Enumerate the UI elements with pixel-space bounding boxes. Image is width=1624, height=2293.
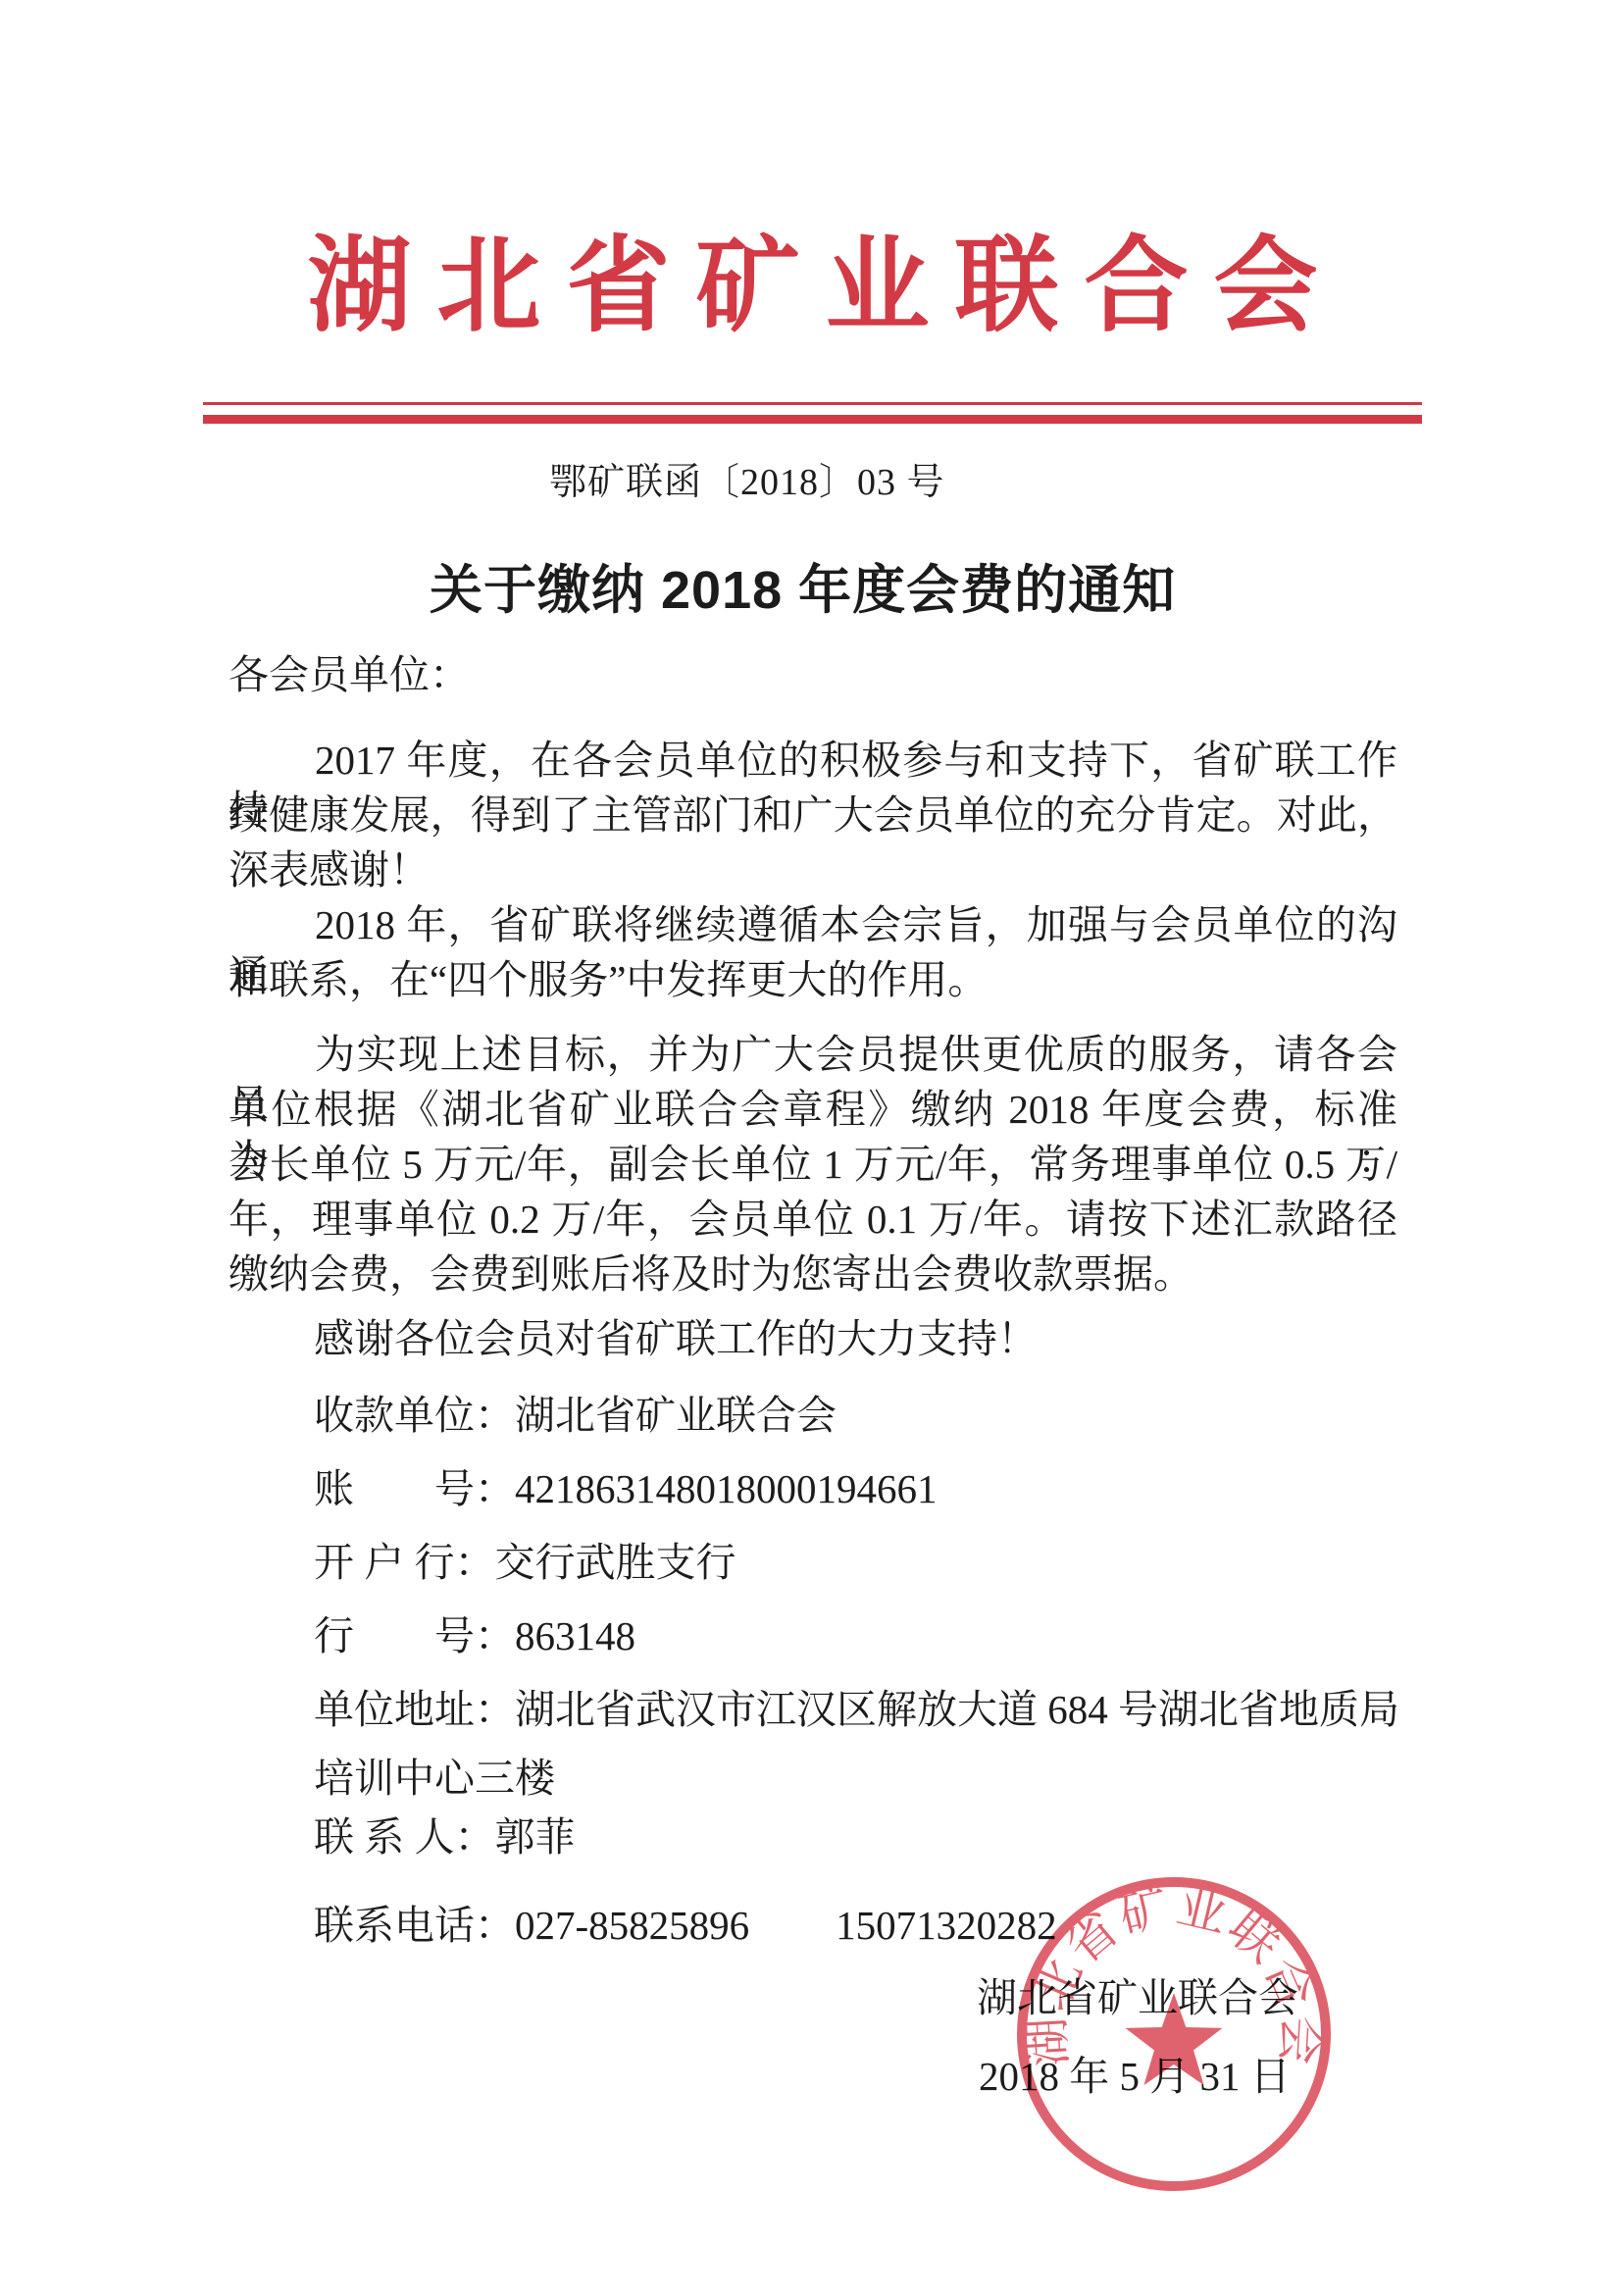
body-line: 年，理事单位 0.2 万/年，会员单位 0.1 万/年。请按下述汇款路径 [228,1195,1397,1245]
detail-row-contact-person: 联 系 人：郭菲 [314,1812,1432,1862]
detail-label: 账 号： [314,1466,515,1511]
body-line: 深表感谢！ [228,845,1397,895]
detail-row-address-continued: 培训中心三楼 [314,1754,1432,1804]
body-line: 会长单位 5 万元/年，副会长单位 1 万元/年，常务理事单位 0.5 万/ [228,1140,1397,1190]
letterhead-divider-thick [203,415,1422,424]
seal-star-icon [1126,1993,1223,2085]
detail-row-payee: 收款单位：湖北省矿业联合会 [314,1391,1432,1441]
detail-value: 湖北省武汉市江汉区解放大道 684 号湖北省地质局 [515,1687,1399,1732]
detail-value: 交行武胜支行 [495,1540,736,1585]
detail-label: 收款单位： [314,1393,515,1438]
detail-row-bank-number: 行 号：863148 [314,1611,1432,1661]
body-line: 续健康发展，得到了主管部门和广大会员单位的充分肯定。对此， [228,790,1397,841]
scanned-official-letter: 湖北省矿业联合会 鄂矿联函〔2018〕03 号 关于缴纳 2018 年度会费的通… [0,0,1624,2293]
detail-value: 培训中心三楼 [314,1756,555,1801]
detail-label: 联系电话： [314,1903,515,1948]
detail-label: 单位地址： [314,1687,515,1732]
official-seal: 湖北省矿业联合会 [1010,1870,1338,2198]
detail-label: 联 系 人： [314,1814,495,1860]
detail-value-phone1: 027-85825896 [515,1903,749,1948]
doc-number: 鄂矿联函〔2018〕03 号 [549,461,945,506]
detail-value: 湖北省矿业联合会 [515,1393,837,1438]
detail-value: 郭菲 [495,1814,576,1860]
detail-row-bank: 开 户 行：交行武胜支行 [314,1538,1432,1588]
letterhead-org-name: 湖北省矿业联合会 [203,228,1422,347]
thanks-line: 感谢各位会员对省矿联工作的大力支持！ [314,1314,1432,1364]
detail-label: 开 户 行： [314,1540,495,1585]
detail-label: 行 号： [314,1613,515,1658]
body-line: 和联系，在“四个服务”中发挥更大的作用。 [228,955,1397,1005]
detail-value: 421863148018000194661 [515,1466,938,1511]
greeting: 各会员单位： [228,650,1397,700]
detail-row-address: 单位地址：湖北省武汉市江汉区解放大道 684 号湖北省地质局 [314,1685,1432,1735]
letterhead-divider-thin [203,402,1422,405]
detail-row-account-number: 账 号：421863148018000194661 [314,1464,1432,1514]
detail-value: 863148 [515,1613,635,1658]
body-line: 缴纳会费，会费到账后将及时为您寄出会费收款票据。 [228,1249,1397,1299]
doc-title: 关于缴纳 2018 年度会费的通知 [430,559,1176,623]
